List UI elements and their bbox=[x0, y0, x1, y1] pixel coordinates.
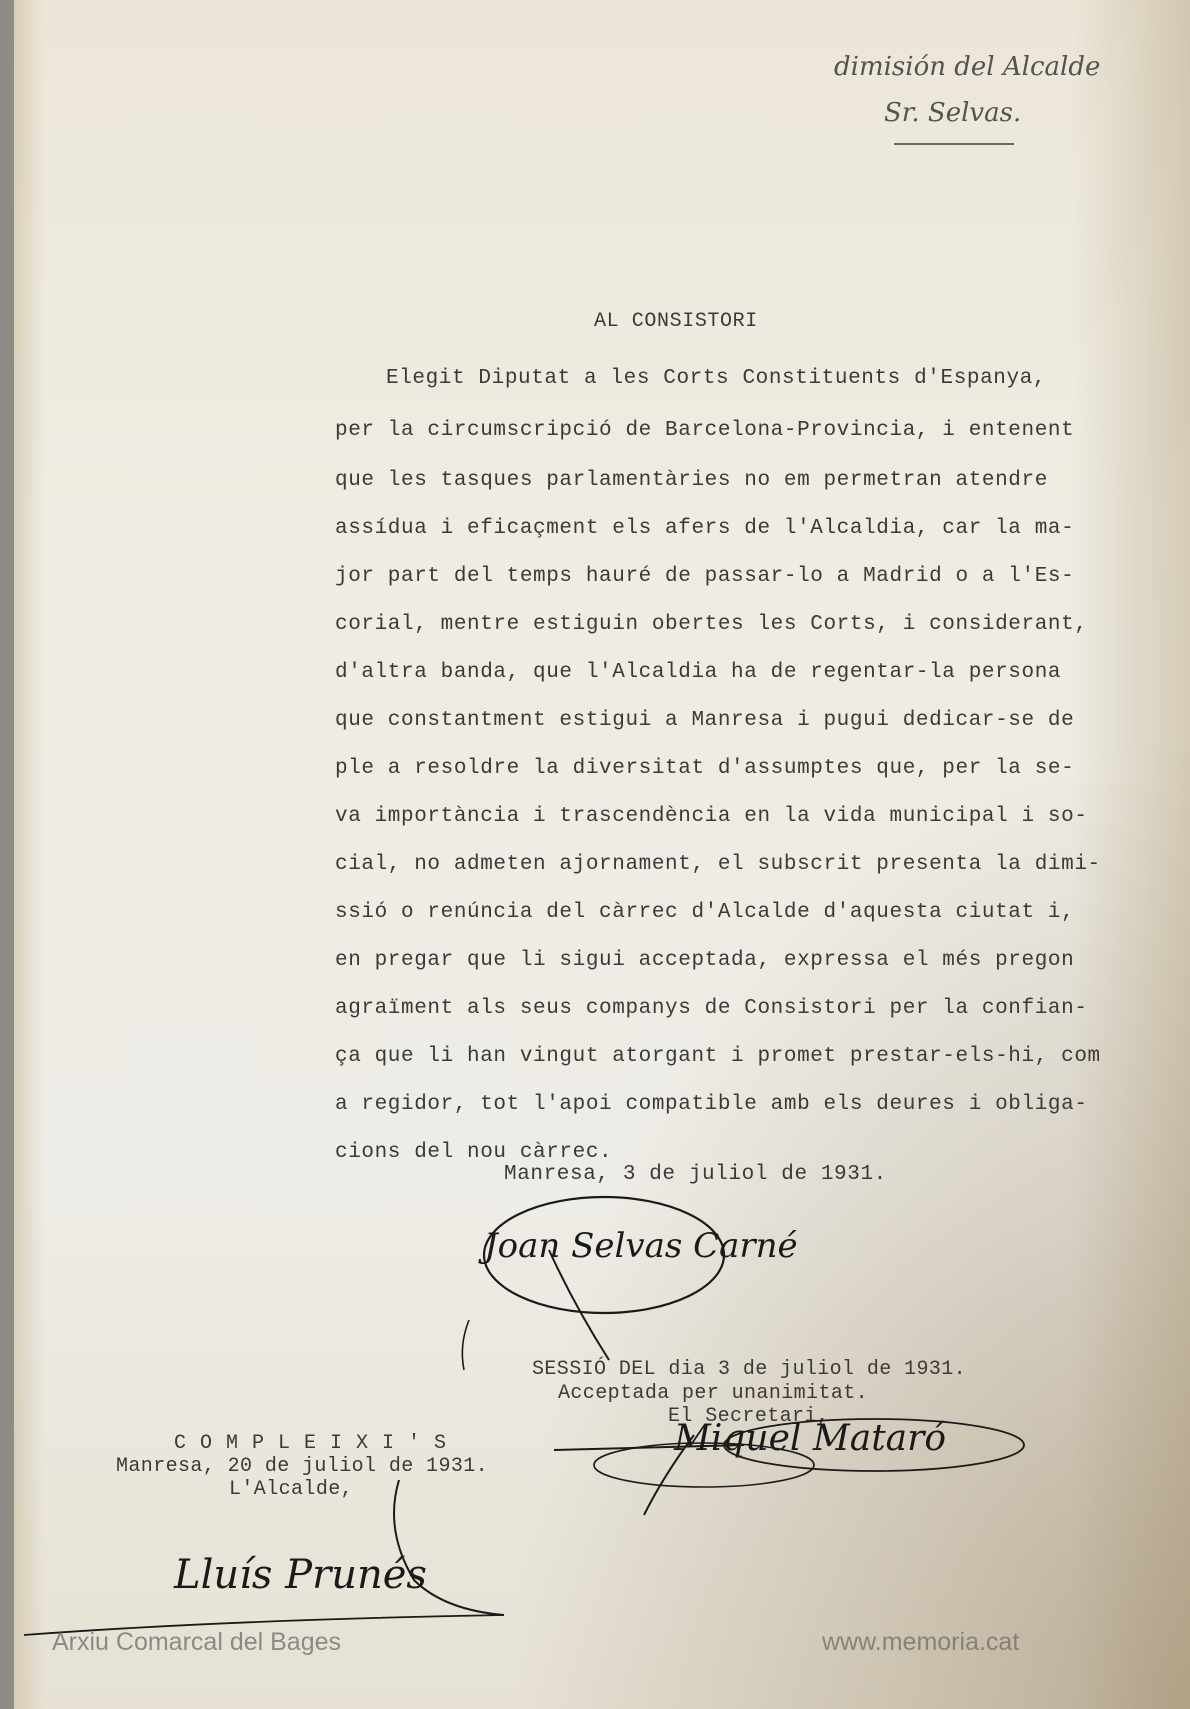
signature-prunes: Lluís Prunés bbox=[24, 1470, 504, 1630]
letter-title: AL CONSISTORI bbox=[594, 310, 758, 333]
letter-line: corial, mentre estiguin obertes les Cort… bbox=[335, 613, 1088, 636]
letter-place-date: Manresa, 3 de juliol de 1931. bbox=[504, 1163, 887, 1186]
document-page: dimisión del Alcalde Sr. Selvas. AL CONS… bbox=[14, 0, 1190, 1709]
signature-secretary-text: Miquel Mataró bbox=[673, 1418, 946, 1459]
letter-line: ssió o renúncia del càrrec d'Alcalde d'a… bbox=[335, 901, 1074, 924]
letter-line: cial, no admeten ajornament, el subscrit… bbox=[335, 853, 1101, 876]
letter-line: va importància i trascendència en la vid… bbox=[335, 805, 1088, 828]
letter-line: assídua i eficaçment els afers de l'Alca… bbox=[335, 517, 1074, 540]
pencil-underline bbox=[894, 143, 1014, 145]
letter-line: ça que li han vingut atorgant i promet p… bbox=[335, 1045, 1101, 1068]
letter-line: en pregar que li sigui acceptada, expres… bbox=[335, 949, 1074, 972]
compliance-line1: C O M P L E I X I ' S bbox=[174, 1432, 447, 1455]
letter-line: que constantment estigui a Manresa i pug… bbox=[335, 709, 1074, 732]
session-line1: SESSIÓ DEL dia 3 de juliol de 1931. bbox=[532, 1358, 966, 1381]
letter-line: per la circumscripció de Barcelona-Provi… bbox=[335, 419, 1074, 442]
letter-line: agraïment als seus companys de Consistor… bbox=[335, 997, 1088, 1020]
watermark-website[interactable]: www.memoria.cat bbox=[822, 1628, 1019, 1657]
letter-line: Elegit Diputat a les Corts Constituents … bbox=[386, 367, 1046, 390]
letter-line: d'altra banda, que l'Alcaldia ha de rege… bbox=[335, 661, 1061, 684]
letter-line: a regidor, tot l'apoi compatible amb els… bbox=[335, 1093, 1088, 1116]
letter-line: que les tasques parlamentàries no em per… bbox=[335, 469, 1048, 492]
letter-line: cions del nou càrrec. bbox=[335, 1141, 612, 1164]
letter-line: ple a resoldre la diversitat d'assumptes… bbox=[335, 757, 1074, 780]
signature-selvas: Joan Selvas Carné bbox=[454, 1195, 774, 1365]
watermark-archive: Arxiu Comarcal del Bages bbox=[52, 1628, 341, 1657]
signature-selvas-text: Joan Selvas Carné bbox=[478, 1226, 798, 1266]
pencil-annotation-line2: Sr. Selvas. bbox=[884, 98, 1021, 128]
session-line2: Acceptada per unanimitat. bbox=[558, 1382, 868, 1405]
signature-secretary: Miquel Mataró bbox=[544, 1405, 1024, 1515]
signature-prunes-text: Lluís Prunés bbox=[173, 1552, 427, 1598]
letter-line: jor part del temps hauré de passar-lo a … bbox=[335, 565, 1074, 588]
pencil-annotation-line1: dimisión del Alcalde bbox=[834, 52, 1100, 82]
